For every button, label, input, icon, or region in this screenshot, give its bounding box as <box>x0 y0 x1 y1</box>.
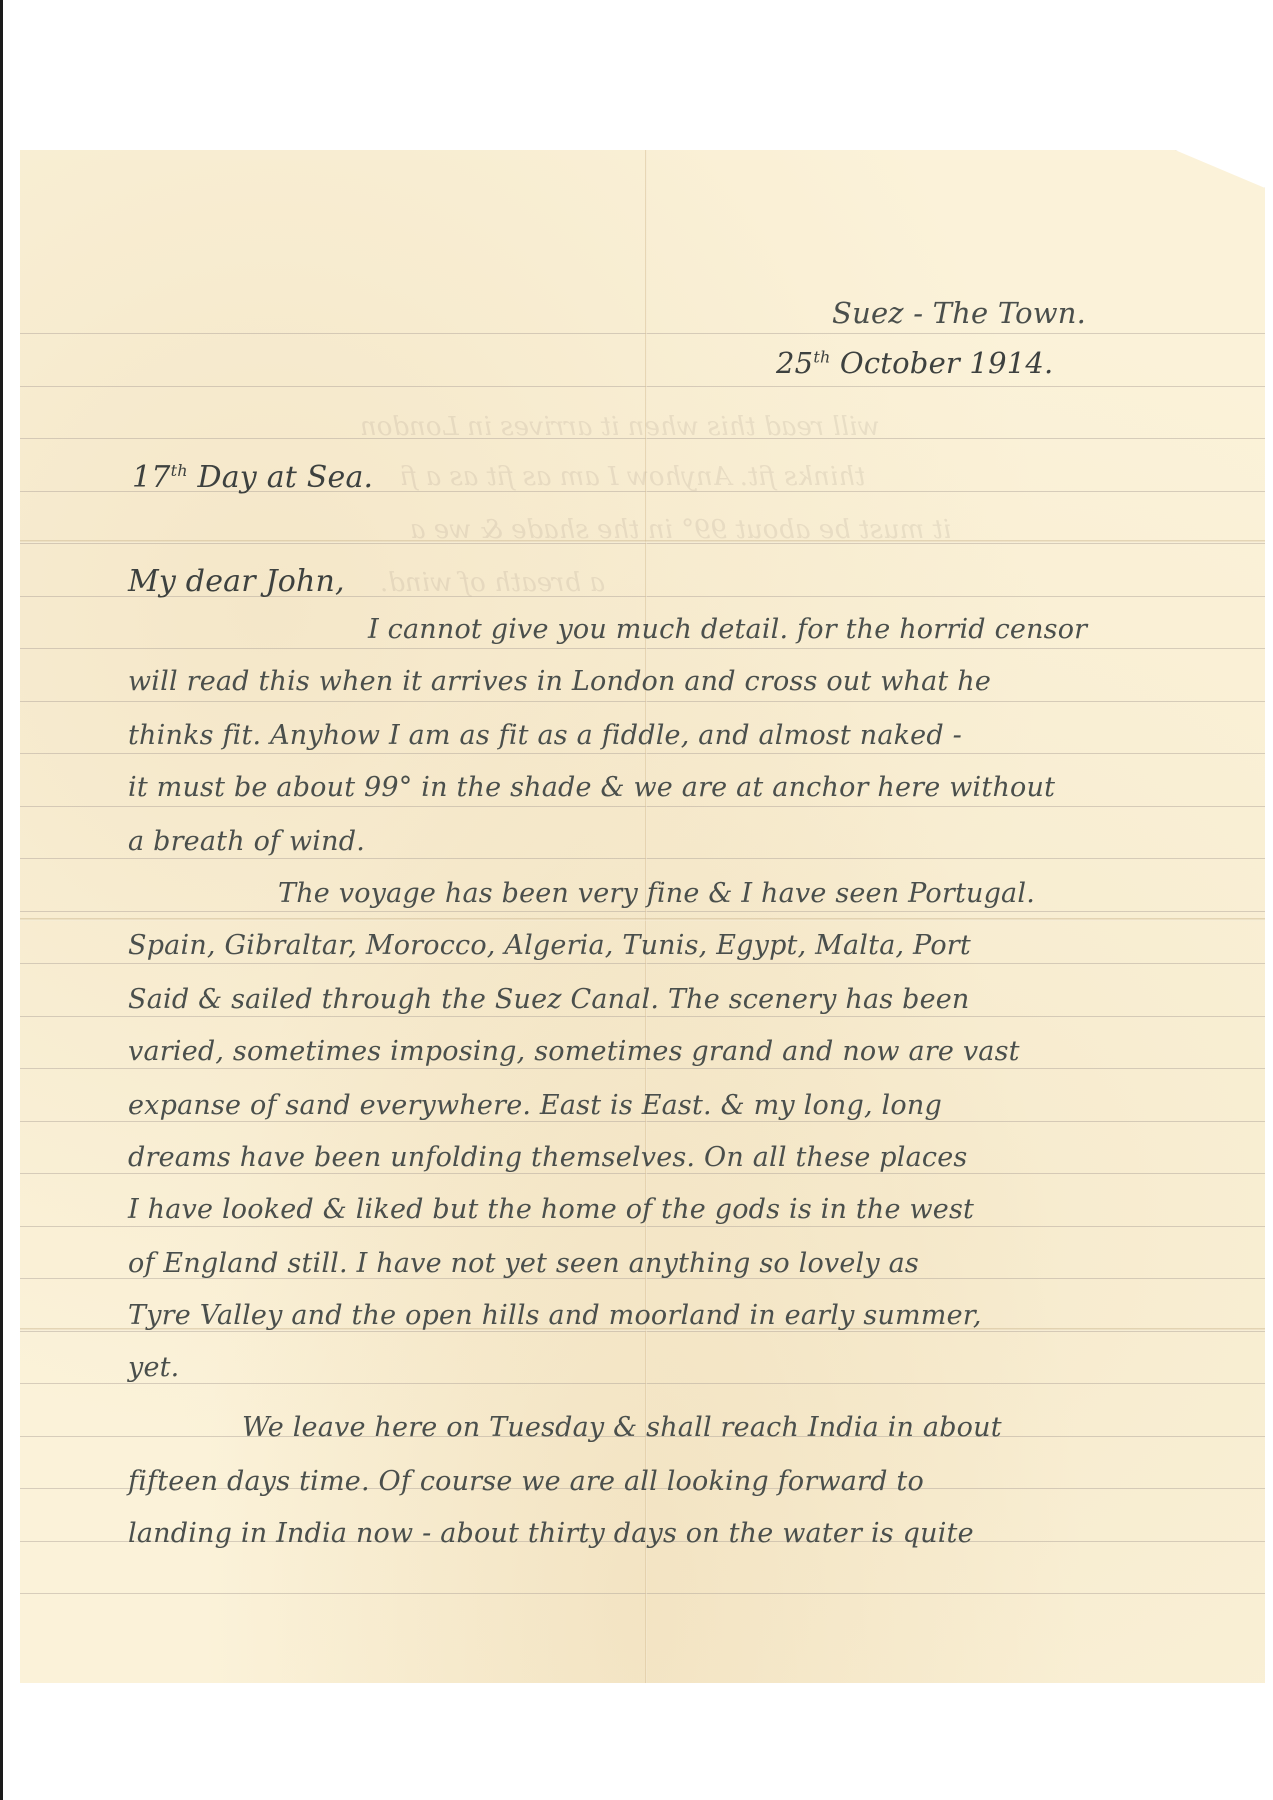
letter-date: 25th October 1914. <box>776 346 1053 380</box>
ruled-line <box>20 1068 1265 1069</box>
reverse-side-show-through: it must be about 99° in the shade & we a <box>410 515 951 545</box>
letter-line: dreams have been unfolding themselves. O… <box>128 1142 967 1173</box>
ruled-line <box>20 1226 1265 1227</box>
day-number: 17 <box>132 460 171 495</box>
letter-line: yet. <box>128 1352 179 1383</box>
ruled-line <box>20 963 1265 964</box>
letter-line: it must be about 99° in the shade & we a… <box>128 772 1055 803</box>
letter-line: of England still. I have not yet seen an… <box>128 1248 919 1279</box>
date-day: 25 <box>776 346 813 380</box>
ruled-line <box>20 911 1265 912</box>
horizontal-fold-crease <box>20 918 1265 921</box>
letter-line: landing in India now - about thirty days… <box>128 1518 974 1549</box>
ruled-line <box>20 1331 1265 1332</box>
vertical-fold-crease <box>645 150 647 1683</box>
ruled-line <box>20 648 1265 649</box>
ruled-line <box>20 1593 1265 1594</box>
ruled-line <box>20 701 1265 702</box>
day-ordinal: th <box>171 461 188 480</box>
letter-line: Tyre Valley and the open hills and moorl… <box>128 1300 982 1331</box>
letter-line: I cannot give you much detail. for the h… <box>368 614 1087 645</box>
ruled-line <box>20 806 1265 807</box>
letter-line: a breath of wind. <box>128 826 365 857</box>
ruled-line <box>20 1383 1265 1384</box>
ruled-line <box>20 333 1265 334</box>
letter-line: Said & sailed through the Suez Canal. Th… <box>128 984 970 1015</box>
ruled-line <box>20 1121 1265 1122</box>
salutation: My dear John, <box>128 564 345 599</box>
ruled-line <box>20 386 1265 387</box>
ruled-line <box>20 858 1265 859</box>
letter-line: thinks fit. Anyhow I am as fit as a fidd… <box>128 720 962 751</box>
letter-line: Spain, Gibraltar, Morocco, Algeria, Tuni… <box>128 930 971 961</box>
date-ordinal: th <box>813 347 830 366</box>
day-at-sea-line: 17th Day at Sea. <box>132 460 373 495</box>
reverse-side-show-through: a breath of wind. <box>380 568 605 598</box>
ruled-line <box>20 753 1265 754</box>
letter-line: will read this when it arrives in London… <box>128 666 991 697</box>
letter-line: I have looked & liked but the home of th… <box>128 1194 974 1225</box>
date-month-year: October 1914. <box>840 346 1054 380</box>
letter-location: Suez - The Town. <box>832 296 1086 330</box>
ruled-line <box>20 1016 1265 1017</box>
reverse-side-show-through: will read this when it arrives in London <box>360 412 880 442</box>
letter-line: expanse of sand everywhere. East is East… <box>128 1090 942 1121</box>
day-text: Day at Sea. <box>197 460 373 495</box>
reverse-side-show-through: thinks fit. Anyhow I am as fit as a fi <box>400 462 865 492</box>
ruled-line <box>20 1173 1265 1174</box>
letter-line: The voyage has been very fine & I have s… <box>278 878 1035 909</box>
letter-line: We leave here on Tuesday & shall reach I… <box>242 1412 1002 1443</box>
scan-edge <box>0 0 3 1800</box>
letter-line: varied, sometimes imposing, sometimes gr… <box>128 1036 1020 1067</box>
letter-page: will read this when it arrives in London… <box>20 150 1265 1683</box>
letter-line: fifteen days time. Of course we are all … <box>128 1466 924 1497</box>
